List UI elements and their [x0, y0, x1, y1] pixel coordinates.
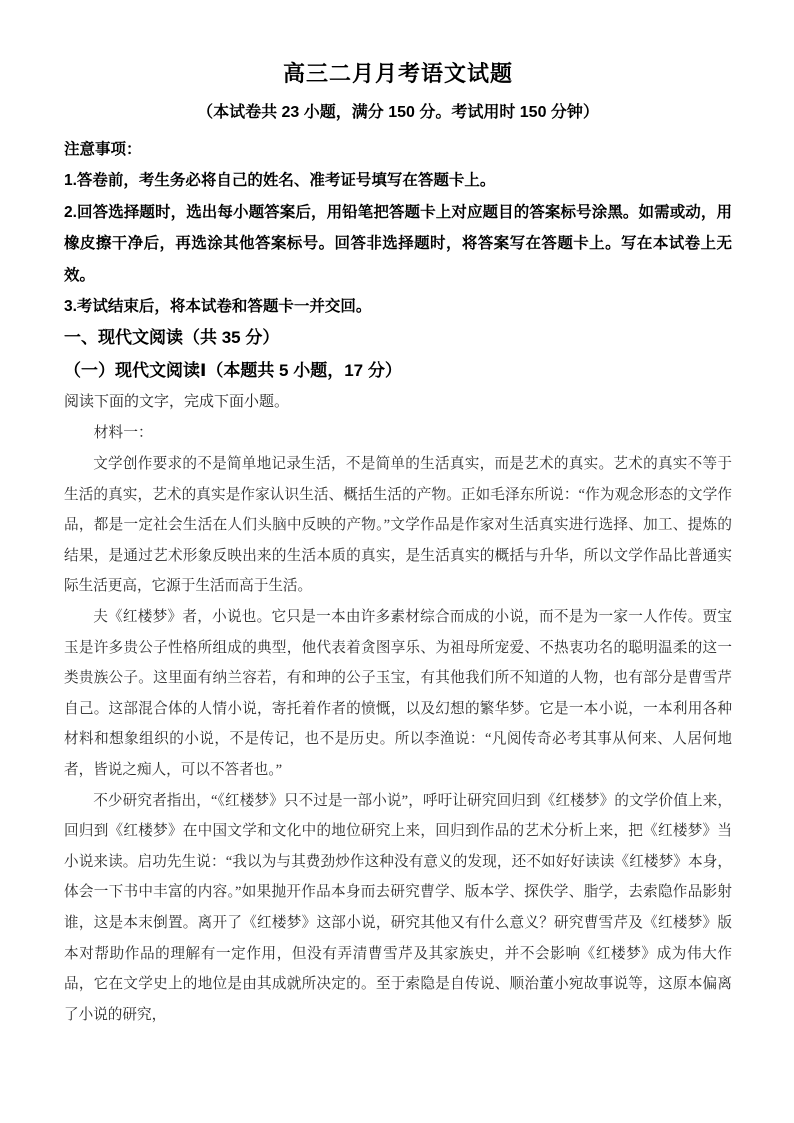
reading-instruction: 阅读下面的文字，完成下面小题。	[64, 387, 732, 418]
section-heading-modern-reading: 一、现代文阅读（共 35 分）	[64, 322, 732, 354]
exam-paper-page: 高三二月月考语文试题 （本试卷共 23 小题，满分 150 分。考试用时 150…	[0, 0, 794, 1123]
notice-item-3: 3.考试结束后，将本试卷和答题卡一并交回。	[64, 291, 732, 322]
page-title: 高三二月月考语文试题	[64, 56, 732, 92]
notice-heading: 注意事项：	[64, 134, 732, 165]
notice-section: 注意事项： 1.答卷前，考生务必将自己的姓名、准考证号填写在答题卡上。 2.回答…	[64, 134, 732, 322]
body-paragraph-2: 夫《红楼梦》者，小说也。它只是一本由许多素材综合而成的小说，而不是为一家一人作传…	[64, 602, 732, 786]
notice-item-1: 1.答卷前，考生务必将自己的姓名、准考证号填写在答题卡上。	[64, 165, 732, 196]
exam-subtitle: （本试卷共 23 小题，满分 150 分。考试用时 150 分钟）	[64, 98, 732, 128]
notice-item-2: 2.回答选择题时，选出每小题答案后，用铅笔把答题卡上对应题目的答案标号涂黑。如需…	[64, 197, 732, 291]
material-label: 材料一：	[64, 418, 732, 449]
body-paragraph-1: 文学创作要求的不是简单地记录生活，不是简单的生活真实，而是艺术的真实。艺术的真实…	[64, 449, 732, 602]
subsection-heading-reading-1: （一）现代文阅读Ⅰ（本题共 5 小题，17 分）	[64, 354, 732, 387]
body-paragraph-3: 不少研究者指出，“《红楼梦》只不过是一部小说”，呼吁让研究回归到《红楼梦》的文学…	[64, 786, 732, 1031]
